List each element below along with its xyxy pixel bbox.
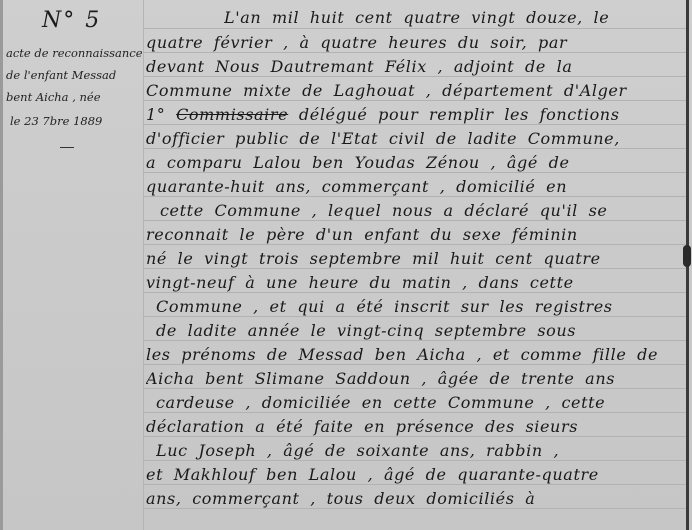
body-line: devant Nous Dautremant Félix , adjoint d… bbox=[146, 57, 686, 76]
ruled-line bbox=[143, 268, 686, 269]
body-line: Luc Joseph , âgé de soixante ans, rabbin… bbox=[156, 441, 686, 460]
ruled-line bbox=[143, 76, 686, 77]
margin-note-line: acte de reconnaissance bbox=[6, 46, 143, 60]
ruled-line bbox=[143, 364, 686, 365]
margin-note-line: bent Aicha , née bbox=[6, 90, 101, 104]
ruled-line bbox=[143, 436, 686, 437]
ruled-line bbox=[143, 460, 686, 461]
ruled-line bbox=[143, 100, 686, 101]
ruled-line bbox=[143, 484, 686, 485]
act-number: N° 5 bbox=[42, 8, 101, 33]
ruled-line bbox=[143, 28, 686, 29]
body-line: reconnait le père d'un enfant du sexe fé… bbox=[146, 225, 686, 244]
body-line: quarante-huit ans, commerçant , domicili… bbox=[146, 177, 686, 196]
body-line: Commune mixte de Laghouat , département … bbox=[146, 81, 686, 100]
ruled-line bbox=[143, 292, 686, 293]
margin-note-line: le 23 7bre 1889 bbox=[10, 114, 102, 128]
ruled-line bbox=[143, 172, 686, 173]
ruled-line bbox=[143, 196, 686, 197]
body-line: d'officier public de l'Etat civil de lad… bbox=[146, 129, 686, 148]
body-line: Commune , et qui a été inscrit sur les r… bbox=[156, 297, 686, 316]
ruled-line bbox=[143, 244, 686, 245]
ruled-line bbox=[143, 340, 686, 341]
body-line: ans, commerçant , tous deux domiciliés à bbox=[146, 489, 686, 508]
ruled-line bbox=[143, 148, 686, 149]
body-line: de ladite année le vingt-cinq septembre … bbox=[156, 321, 686, 340]
ruled-line bbox=[143, 316, 686, 317]
body-line-with-strikethrough: 1° Commissaire délégué pour remplir les … bbox=[146, 105, 686, 124]
margin-note-line: de l'enfant Messad bbox=[6, 68, 116, 82]
ruled-line bbox=[143, 412, 686, 413]
body-line: né le vingt trois septembre mil huit cen… bbox=[146, 249, 686, 268]
body-line: et Makhlouf ben Lalou , âgé de quarante-… bbox=[146, 465, 686, 484]
struck-word: Commissaire bbox=[176, 105, 288, 124]
ruled-line bbox=[143, 220, 686, 221]
body-line: cette Commune , lequel nous a déclaré qu… bbox=[160, 201, 686, 220]
ruled-line bbox=[143, 52, 686, 53]
page-left-edge bbox=[0, 0, 3, 530]
body-line: les prénoms de Messad ben Aicha , et com… bbox=[146, 345, 686, 364]
ruled-line bbox=[143, 124, 686, 125]
body-line: L'an mil huit cent quatre vingt douze, l… bbox=[224, 8, 684, 27]
ruled-line bbox=[143, 388, 686, 389]
margin-dash bbox=[60, 147, 74, 148]
ruled-line bbox=[143, 508, 686, 509]
body-line: déclaration a été faite en présence des … bbox=[146, 417, 686, 436]
body-line: cardeuse , domiciliée en cette Commune ,… bbox=[156, 393, 686, 412]
register-page: N° 5 acte de reconnaissance de l'enfant … bbox=[0, 0, 692, 530]
body-line: a comparu Lalou ben Youdas Zénou , âgé d… bbox=[146, 153, 686, 172]
margin-rule-line bbox=[143, 0, 144, 530]
body-line: Aicha bent Slimane Saddoun , âgée de tre… bbox=[146, 369, 686, 388]
body-line: vingt-neuf à une heure du matin , dans c… bbox=[146, 273, 686, 292]
body-line: quatre février , à quatre heures du soir… bbox=[146, 33, 686, 52]
